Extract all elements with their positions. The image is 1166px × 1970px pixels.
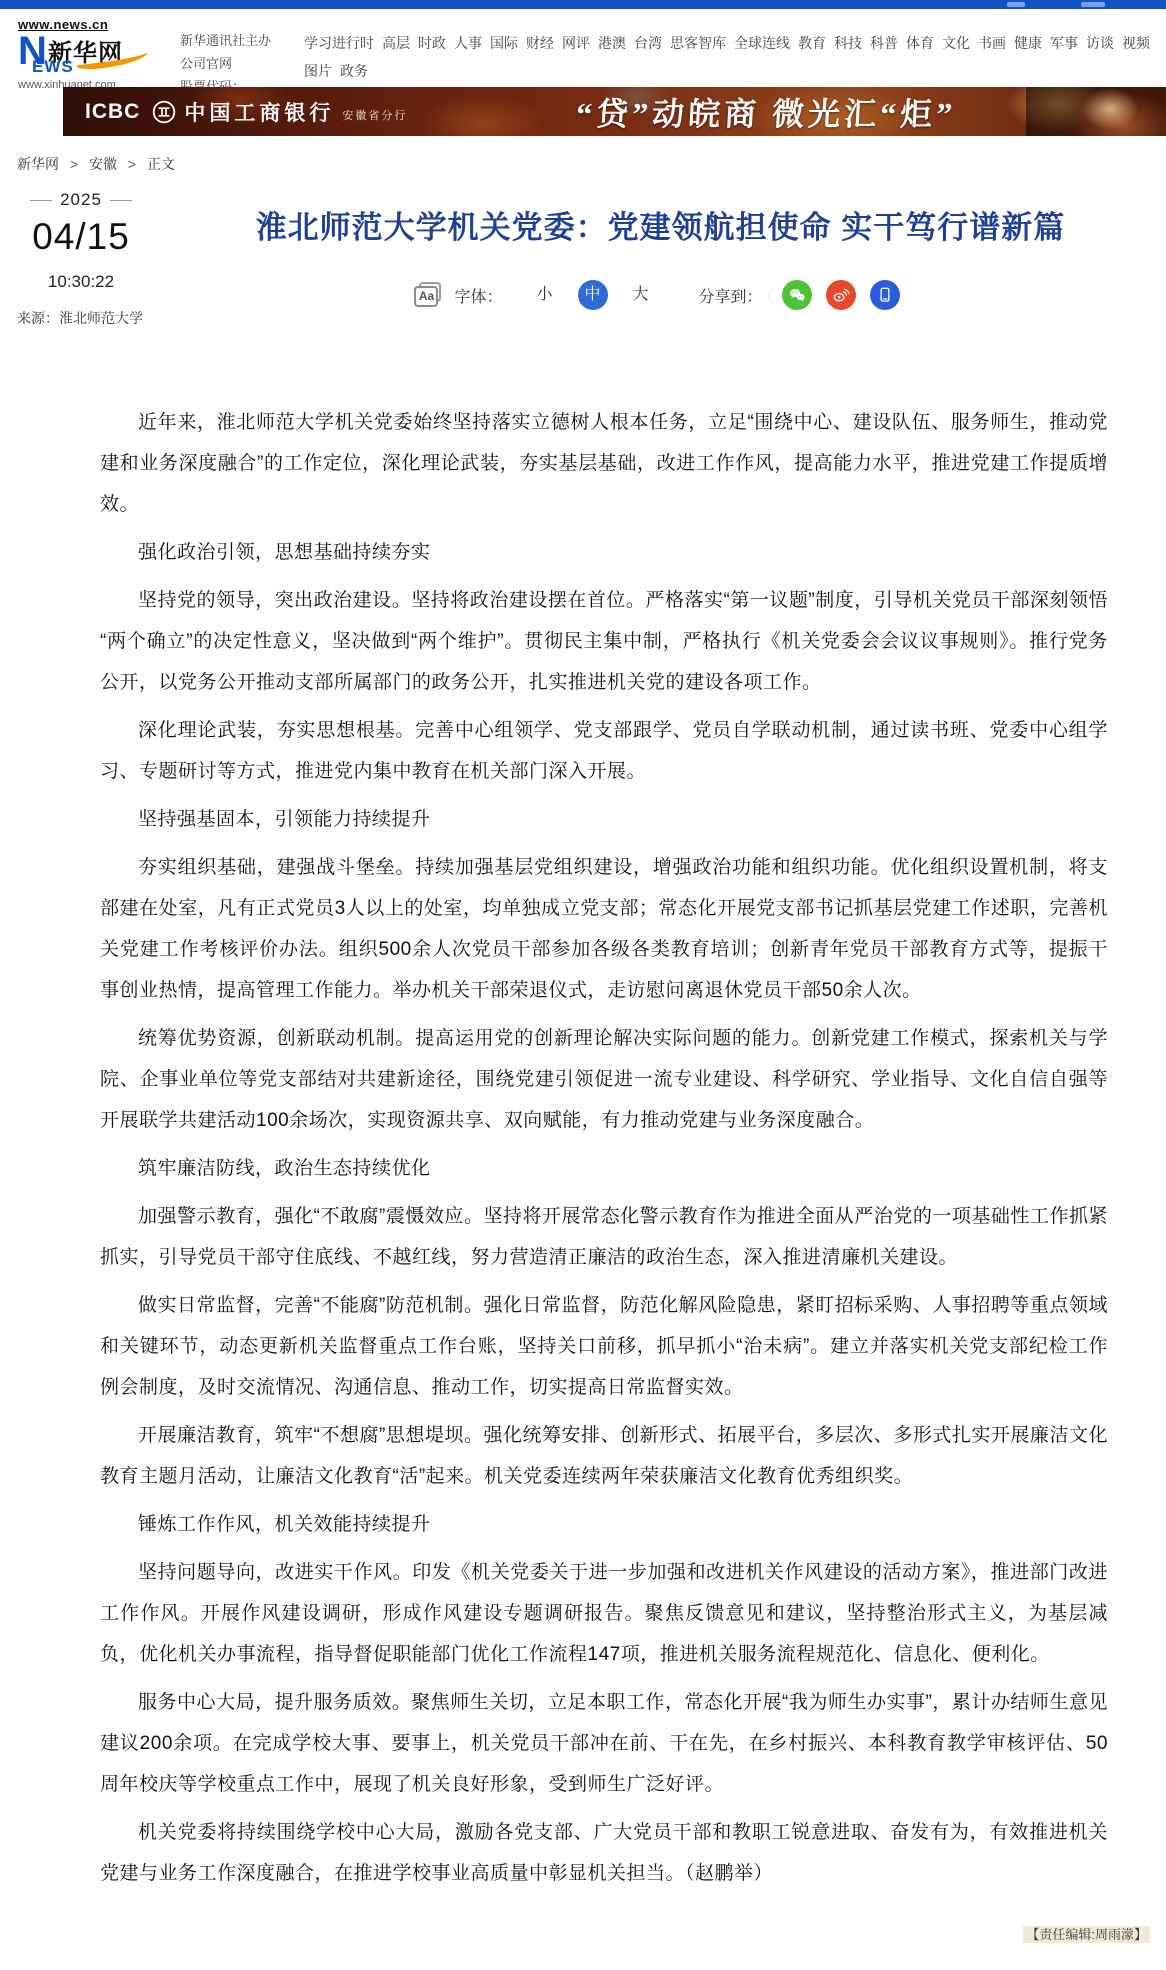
nav-link[interactable]: 视频 (1122, 29, 1150, 57)
article-paragraph: 开展廉洁教育，筑牢“不想腐”思想堤坝。强化统筹安排、创新形式、拓展平台，多层次、… (100, 1415, 1108, 1497)
bank-name: 中国工商银行 (184, 97, 334, 127)
mobile-icon (875, 285, 895, 305)
nav-link[interactable]: 文化 (942, 29, 970, 57)
top-bar (0, 0, 1166, 9)
article-paragraph: 强化政治引领，思想基础持续夯实 (100, 532, 1108, 573)
article-paragraph: 做实日常监督，完善“不能腐”防范机制。强化日常监督，防范化解风险隐患，紧盯招标采… (100, 1285, 1108, 1408)
org-line1: 新华通讯社主办 (180, 29, 288, 52)
article-paragraph: 服务中心大局，提升服务质效。聚焦师生关切，立足本职工作，常态化开展“我为师生办实… (100, 1682, 1108, 1805)
source-value: 淮北师范大学 (59, 310, 143, 326)
article-paragraph: 统筹优势资源，创新联动机制。提高运用党的创新理论解决实际问题的能力。创新党建工作… (100, 1018, 1108, 1141)
font-large-button[interactable]: 大 (626, 280, 656, 310)
date-block: 2025 04/15 10:30:22 来源：淮北师范大学 (0, 184, 185, 352)
article-body: 近年来，淮北师范大学机关党委始终坚持落实立德树人根本任务，立足“围绕中心、建设队… (100, 402, 1108, 1894)
publish-year: 2025 (17, 190, 145, 210)
weibo-share-button[interactable] (826, 280, 856, 310)
site-header: www.news.cn N 新华网 EWS www.xinhuanet.com … (0, 9, 1166, 87)
article-paragraph: 坚持强基固本，引领能力持续提升 (100, 799, 1108, 840)
nav-link[interactable]: 全球连线 (734, 29, 790, 57)
article-paragraph: 坚持问题导向，改进实干作风。印发《机关党委关于进一步加强和改进机关作风建设的活动… (100, 1552, 1108, 1675)
nav-link[interactable]: 高层 (382, 29, 410, 57)
article-paragraph: 坚持党的领导，突出政治建设。坚持将政治建设摆在首位。严格落实“第一议题”制度，引… (100, 580, 1108, 703)
bank-branch: 安徽省分行 (342, 107, 407, 127)
xinhuanet-logo[interactable]: www.news.cn N 新华网 EWS www.xinhuanet.com (18, 17, 170, 91)
share-label: 分享到： (699, 284, 763, 307)
publish-time: 10:30:22 (17, 272, 145, 292)
nav-link[interactable]: 财经 (526, 29, 554, 57)
weibo-icon (831, 285, 851, 305)
icbc-text: ICBC (85, 100, 140, 124)
nav-link[interactable]: 思客智库 (670, 29, 726, 57)
org-line2: 公司官网 (180, 52, 288, 75)
nav-link[interactable]: 时政 (418, 29, 446, 57)
nav-link[interactable]: 体育 (906, 29, 934, 57)
mobile-share-button[interactable] (870, 280, 900, 310)
icbc-banner-ad[interactable]: ICBC 中国工商银行 安徽省分行 “贷”动皖商 微光汇“炬” (63, 87, 1166, 136)
nav-link[interactable]: 书画 (978, 29, 1006, 57)
breadcrumb: 新华网 > 安徽 > 正文 (0, 136, 1166, 174)
breadcrumb-current: 正文 (147, 156, 175, 172)
breadcrumb-link-anhui[interactable]: 安徽 (89, 156, 117, 172)
breadcrumb-separator: > (70, 156, 78, 172)
article-paragraph: 机关党委将持续围绕学校中心大局，激励各党支部、广大党员干部和教职工锐意进取、奋发… (100, 1812, 1108, 1894)
xinhuanet-logo-art: N 新华网 EWS (18, 33, 170, 77)
banner-photo-area (1026, 87, 1166, 136)
page-footer: 【责任编辑:周雨濛】 (0, 1924, 1166, 1970)
article-paragraph: 近年来，淮北师范大学机关党委始终坚持落实立德树人根本任务，立足“围绕中心、建设队… (100, 402, 1108, 525)
nav-link[interactable]: 学习进行时 (304, 29, 374, 57)
nav-link[interactable]: 网评 (562, 29, 590, 57)
wechat-icon (787, 285, 807, 305)
wechat-share-button[interactable] (782, 280, 812, 310)
publish-date: 04/15 (17, 216, 145, 258)
breadcrumb-separator: > (128, 156, 136, 172)
year-dash-right (110, 200, 132, 201)
icbc-logo-icon (152, 100, 176, 124)
nav-link[interactable]: 国际 (490, 29, 518, 57)
nav-link[interactable]: 政务 (340, 57, 368, 85)
nav-link[interactable]: 人事 (454, 29, 482, 57)
article-paragraph: 深化理论武装，夯实思想根基。完善中心组领学、党支部跟学、党员自学联动机制，通过读… (100, 710, 1108, 792)
nav-link[interactable]: 港澳 (598, 29, 626, 57)
article-paragraph: 锤炼工作作风，机关效能持续提升 (100, 1504, 1108, 1545)
nav-link[interactable]: 台湾 (634, 29, 662, 57)
article-toolbar: Aa 字体： 小 中 大 分享到： (185, 280, 1136, 310)
nav-link[interactable]: 访谈 (1086, 29, 1114, 57)
source-label: 来源： (17, 310, 59, 326)
font-size-icon: Aa (414, 282, 444, 308)
source-row: 来源：淮北师范大学 (17, 308, 185, 328)
article-paragraph: 筑牢廉洁防线，政治生态持续优化 (100, 1148, 1108, 1189)
nav-link[interactable]: 科技 (834, 29, 862, 57)
nav-link[interactable]: 图片 (304, 57, 332, 85)
year-dash-left (30, 200, 52, 201)
title-area: 淮北师范大学机关党委：党建领航担使命 实干笃行谱新篇 Aa 字体： 小 中 大 … (185, 184, 1166, 352)
header-nav-row-1: 学习进行时高层时政人事国际财经网评港澳台湾思客智库全球连线教育科技科普体育文化书… (304, 29, 1160, 85)
font-medium-button[interactable]: 中 (578, 280, 608, 310)
font-size-icon-front: Aa (414, 286, 438, 307)
article-head: 2025 04/15 10:30:22 来源：淮北师范大学 淮北师范大学机关党委… (0, 184, 1166, 352)
font-small-button[interactable]: 小 (530, 280, 560, 310)
nav-link[interactable]: 科普 (870, 29, 898, 57)
nav-link[interactable]: 军事 (1050, 29, 1078, 57)
topbar-decoration (1081, 2, 1105, 7)
article-title: 淮北师范大学机关党委：党建领航担使命 实干笃行谱新篇 (185, 208, 1136, 248)
nav-link[interactable]: 健康 (1014, 29, 1042, 57)
article-paragraph: 夯实组织基础，建强战斗堡垒。持续加强基层党组织建设，增强政治功能和组织功能。优化… (100, 847, 1108, 1011)
breadcrumb-link-xinhuanet[interactable]: 新华网 (17, 156, 59, 172)
font-label: 字体： (454, 284, 502, 307)
topbar-decoration (1007, 2, 1025, 7)
nav-link[interactable]: 教育 (798, 29, 826, 57)
editor-note: 【责任编辑:周雨濛】 (1023, 1926, 1150, 1943)
year-text: 2025 (60, 190, 102, 210)
article-paragraph: 加强警示教育，强化“不敢腐”震慑效应。坚持将开展常态化警示教育作为推进全面从严治… (100, 1196, 1108, 1278)
logo-ews-letters: EWS (32, 57, 74, 77)
icbc-brand-group: ICBC 中国工商银行 安徽省分行 (85, 97, 407, 127)
